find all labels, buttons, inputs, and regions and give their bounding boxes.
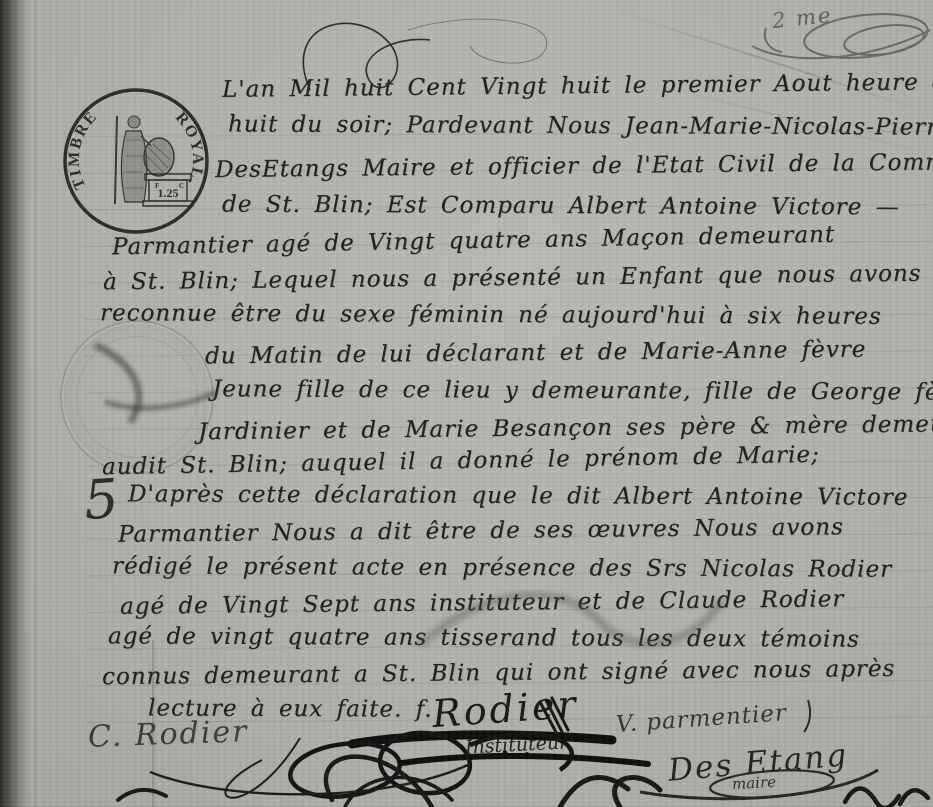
act-line: Parmantier Nous a dit être de ses œuvres… [118,516,844,547]
stamp-text-timbre: TIMBRE [66,107,101,191]
signature-desetang-role: maire [732,775,777,792]
act-line: huit du soir; Pardevant Nous Jean-Marie-… [228,113,933,139]
act-line: du Matin de lui déclarant et de Marie-An… [205,339,867,369]
act-line: L'an Mil huit Cent Vingt huit le premier… [222,71,933,102]
timbre-royal-stamp: TIMBRE ROYAL. F C 1.25 [55,80,217,242]
act-line: Parmantier agé de Vingt quatre ans Maçon… [112,224,835,260]
signature-c-rodier: C. Rodier [88,717,249,753]
book-binding-edge [0,0,30,807]
stamp-centime-symbol: C [179,182,184,190]
act-line: reconnue être du sexe féminin né aujourd… [100,302,882,328]
act-line: D'après cette déclaration que le dit Alb… [128,483,908,509]
act-line: agé de Vingt Sept ans instituteur et de … [120,588,845,619]
register-page-scan: 2 me TIMBRE ROYAL. F C 1.2 [0,0,933,807]
paper-crease [34,0,36,807]
act-line: à St. Blin; Lequel nous a présenté un En… [103,263,922,295]
act-line: rédigé le présent acte en présence des S… [112,555,892,581]
act-line: DesEtangs Maire et officier de l'Etat Ci… [215,151,933,182]
signature-rodier-role: Instituteur [465,733,569,757]
act-line: Jardinier et de Marie Besançon ses père … [198,413,933,444]
act-line: connus demeurant a St. Blin qui ont sign… [102,658,895,689]
act-line: de St. Blin; Est Comparu Albert Antoine … [222,194,900,220]
act-line: agé de vingt quatre ans tisserand tous l… [108,625,860,651]
signature-rodier: Rodier [431,685,580,733]
act-line: Jeune fille de ce lieu y demeurante, fil… [212,378,933,405]
embossed-seal [60,320,214,474]
svg-text:TIMBRE: TIMBRE [66,107,101,191]
signature-parmentier: V. parmentier [615,702,787,737]
act-margin-number: 5 [82,467,121,532]
stamp-text-royal: ROYAL. [172,109,206,189]
svg-text:ROYAL.: ROYAL. [172,109,206,189]
act-line: audit St. Blin; auquel il a donné le pré… [102,444,820,480]
stamp-value: 1.25 [158,186,179,200]
rodier-underline-loop [150,764,470,794]
